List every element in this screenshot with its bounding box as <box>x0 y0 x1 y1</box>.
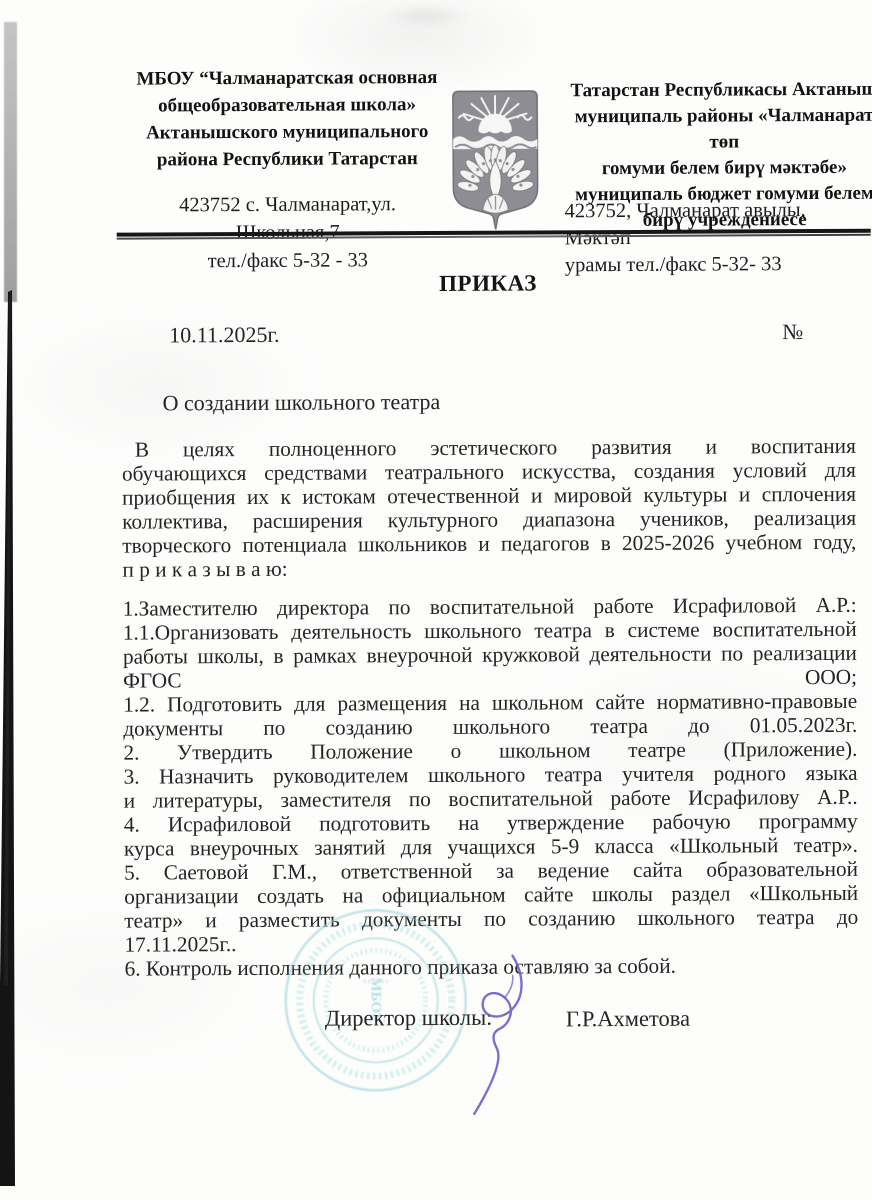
order-number-label: № <box>782 319 855 345</box>
org-address-line: 423752, Чалманарат авылы, Мәктәп <box>565 197 872 253</box>
order-subject: О создании школьного театра <box>122 387 872 417</box>
signature-handwritten <box>457 947 548 1122</box>
org-name-line: общеобразовательная школа» <box>131 91 443 120</box>
signature-name: Г.Р.Ахметова <box>566 1006 690 1033</box>
org-name-line: Татарстан Республикасы Актаныш <box>561 77 872 105</box>
document-title: ПРИКАЗ <box>121 269 855 299</box>
preamble-paragraph: В целях полноценного эстетического разви… <box>122 434 857 582</box>
org-name-line: Актанышского муниципального <box>131 118 443 147</box>
paragraph-line: творческого потенциала школьников и педа… <box>122 530 856 558</box>
paragraph-line: п р и к а з ы в а ю: <box>122 554 856 582</box>
org-name-line: муниципаль районы «Чалманарат төп <box>561 103 872 157</box>
order-items: 1.Заместителю директора по воспитательно… <box>123 593 859 981</box>
scanned-page: МБОУ “Чалманаратская основная общеобразо… <box>0 0 872 1200</box>
org-name-line: района Республики Татарстан <box>131 145 443 174</box>
round-stamp: МБОУ <box>278 903 473 1098</box>
order-line: театр» и разместить документы по создани… <box>124 905 858 933</box>
org-name-russian: МБОУ “Чалманаратская основная общеобразо… <box>131 64 444 174</box>
order-date: 10.11.2025г. <box>121 322 279 349</box>
org-name-line: МБОУ “Чалманаратская основная <box>131 64 443 93</box>
coat-of-arms-emblem <box>446 87 545 238</box>
date-number-row: 10.11.2025г. № <box>121 319 855 349</box>
org-address-tatar: 423752, Чалманарат авылы, Мәктәп урамы т… <box>565 197 872 280</box>
org-name-line: гомуми белем бирү мәктәбе» <box>561 155 872 183</box>
